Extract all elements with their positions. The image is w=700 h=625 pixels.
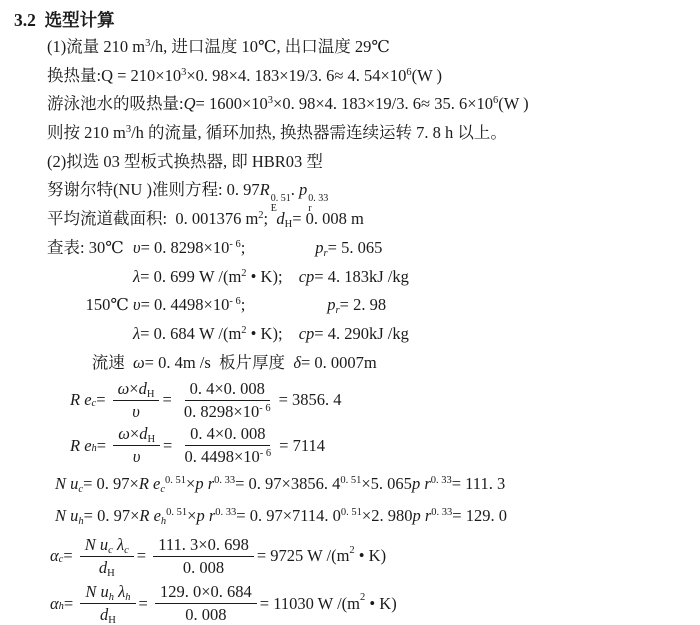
text-run: d xyxy=(276,209,284,228)
text-run: ; xyxy=(241,238,246,257)
text-run: /h, 进口温度 10℃, 出口温度 29℃ xyxy=(150,37,390,56)
line-pool-heat: 游泳池水的吸热量:Q= 1600×103×0. 98×4. 183×19/3. … xyxy=(47,90,700,119)
text-run: 0. 33 xyxy=(431,507,452,518)
line-table-30c: 查表: 30℃υ= 0. 8298×10- 6;pr= 5. 065 xyxy=(47,234,700,263)
text-run: h xyxy=(92,443,97,454)
text-run: δ xyxy=(293,353,301,372)
text-run: = xyxy=(162,390,175,410)
text-run: = 4. 290kJ /kg xyxy=(314,324,409,343)
text-run: = 2. 98 xyxy=(340,295,386,314)
text-run: ×0. 98×4. 183×19/3. 6≈ 35. 6×10 xyxy=(273,94,493,113)
text-run: N u xyxy=(55,506,78,525)
text-run: (W ) xyxy=(498,94,528,113)
text-run: = 4. 183kJ /kg xyxy=(314,267,409,286)
fraction-denominator: dH xyxy=(94,557,120,578)
text-run: p r xyxy=(412,474,431,493)
text-run: = 0. 8298×10 xyxy=(141,238,230,257)
text-run: 0. 33 xyxy=(215,507,236,518)
text-run: H xyxy=(285,219,293,230)
text-run: R xyxy=(260,180,270,199)
fraction: 0. 4×0. 0080. 4498×10- 6 xyxy=(179,424,276,467)
text-run: ω xyxy=(133,353,145,372)
text-run: λ xyxy=(113,535,124,554)
text-run: p xyxy=(315,238,323,257)
text-run: d xyxy=(139,379,147,398)
text-run: 0. 51 xyxy=(166,507,187,518)
fraction-numerator: ω×dH xyxy=(113,379,160,401)
section-heading: 3.2 选型计算 xyxy=(14,8,700,33)
text-run: p r xyxy=(412,506,431,525)
text-run: 0. 33 xyxy=(214,475,235,486)
text-run: H xyxy=(107,568,115,579)
text-run: h xyxy=(59,601,64,612)
text-run: N u xyxy=(85,535,108,554)
text-run: ; xyxy=(264,209,277,228)
row-label: 150℃ xyxy=(47,291,133,320)
text-run: = 0. 97×7114. 0 xyxy=(236,506,341,525)
fraction-numerator: 0. 4×0. 008 xyxy=(185,379,270,401)
text-run: = xyxy=(96,390,109,410)
text-run: /h 的流量, 循环加热, 换热器需连续运转 7. 8 h 以上。 xyxy=(131,123,507,142)
row-label: 流速 xyxy=(47,349,133,378)
text-run: 0. 33 xyxy=(431,475,452,486)
text-run: ×0. 98×4. 183×19/3. 6≈ 4. 54×10 xyxy=(186,66,406,85)
text-run: r xyxy=(336,305,340,316)
text-run: = 0. 4498×10 xyxy=(141,295,230,314)
text-run: = 11030 W /(m xyxy=(260,594,360,614)
text-run: . xyxy=(291,180,299,199)
text-run: = 7114 xyxy=(279,436,325,456)
text-run: 129. 0×0. 684 xyxy=(160,582,252,601)
fraction-numerator: N uc λc xyxy=(80,535,134,557)
text-run: H xyxy=(108,615,116,625)
text-run: H xyxy=(147,389,155,400)
text-run: R e xyxy=(70,390,92,410)
fraction-numerator: N uh λh xyxy=(80,582,135,604)
fraction-denominator: dH xyxy=(95,604,121,625)
row-label: 查表: 30℃ xyxy=(47,234,133,263)
line-lambda-150c: λ= 0. 684 W /(m2 • K); cp= 4. 290kJ /kg xyxy=(47,320,700,349)
text-run: 0. 4×0. 008 xyxy=(190,424,265,443)
text-run: 平均流道截面积: 0. 001376 m xyxy=(47,209,258,228)
text-run: 0. 008 xyxy=(185,605,226,624)
text-run: N u xyxy=(85,582,108,601)
text-run: r xyxy=(324,248,328,259)
fraction: ω×dHυ xyxy=(113,424,160,467)
text-run: × xyxy=(186,474,195,493)
text-run: 3 xyxy=(181,67,186,78)
fraction: ω×dHυ xyxy=(113,379,160,422)
fraction: N uc λcdH xyxy=(80,535,134,578)
text-run: 努谢尔特(NU )准则方程: 0. 97 xyxy=(47,180,260,199)
text-run: cp xyxy=(299,324,315,343)
text-run: 6 xyxy=(406,67,411,78)
text-run: 2 xyxy=(349,545,354,556)
text-run: α xyxy=(50,594,59,614)
text-run: 3 xyxy=(145,38,150,49)
fraction-denominator: 0. 008 xyxy=(178,557,229,578)
text-run: 0. 51 xyxy=(341,507,362,518)
line-channel-area: 平均流道截面积: 0. 001376 m2; dH= 0. 008 m xyxy=(47,205,700,234)
text-run: ×5. 065 xyxy=(361,474,412,493)
fraction: 111. 3×0. 6980. 008 xyxy=(153,535,254,578)
text-run: 2 xyxy=(360,592,365,603)
text-run: = 129. 0 xyxy=(452,506,507,525)
text-run: = 0. 97× xyxy=(83,474,139,493)
text-run: 111. 3×0. 698 xyxy=(158,535,249,554)
text-run: p xyxy=(327,295,335,314)
text-run: 0. 51 xyxy=(340,475,361,486)
text-run: υ xyxy=(133,238,141,257)
text-run: = 3856. 4 xyxy=(279,390,342,410)
text-run: ; xyxy=(241,295,246,314)
text-run: 2 xyxy=(241,325,246,336)
fraction-denominator: 0. 8298×10- 6 xyxy=(179,401,276,422)
text-run: R e xyxy=(70,436,92,456)
line-reynolds-h: R eh= ω×dHυ= 0. 4×0. 0080. 4498×10- 6= 7… xyxy=(70,423,700,468)
text-run: N u xyxy=(55,474,78,493)
fraction: 0. 4×0. 0080. 8298×10- 6 xyxy=(179,379,276,422)
text-run: = 0. 0007m xyxy=(301,353,377,372)
text-run: 2 xyxy=(258,210,263,221)
text-run: (W ) xyxy=(412,66,442,85)
text-run: c xyxy=(78,484,83,495)
text-run: = xyxy=(97,436,110,456)
text-run: • K); xyxy=(247,267,287,286)
fraction-denominator: υ xyxy=(127,401,145,422)
text-run: - 6 xyxy=(229,239,240,250)
line-lambda-30c: λ= 0. 699 W /(m2 • K); cp= 4. 183kJ /kg xyxy=(47,263,700,292)
text-run: = 0. 4m /s 板片厚度 xyxy=(145,353,294,372)
text-run: 0. 008 xyxy=(183,558,224,577)
text-run: = 111. 3 xyxy=(452,474,505,493)
text-run: = 0. 97× xyxy=(84,506,140,525)
fraction-numerator: 0. 4×0. 008 xyxy=(185,424,270,446)
text-run: p r xyxy=(195,474,214,493)
text-run: c xyxy=(124,545,129,556)
text-run: p r xyxy=(196,506,215,525)
text-run: = 0. 008 m xyxy=(292,209,364,228)
fraction-denominator: 0. 008 xyxy=(180,604,231,625)
text-run: 游泳池水的吸热量: xyxy=(47,94,184,113)
text-run: d xyxy=(99,558,107,577)
text-run: c xyxy=(59,554,64,565)
text-run: ω xyxy=(118,379,130,398)
text-run: - 6 xyxy=(259,403,270,414)
text-run: 换热量:Q = 210×10 xyxy=(47,66,181,85)
text-run: 3 xyxy=(126,124,131,135)
text-run: 则按 210 m xyxy=(47,123,126,142)
text-run: 6 xyxy=(493,95,498,106)
text-run: (2)拟选 03 型板式换热器, 即 HBR03 型 xyxy=(47,152,323,171)
text-run: × xyxy=(130,424,139,443)
text-run: = 1600×10 xyxy=(196,94,268,113)
text-run: = xyxy=(63,546,76,566)
text-run: = xyxy=(163,436,176,456)
line-alpha-h: αh= N uh λhdH= 129. 0×0. 6840. 008= 1103… xyxy=(50,580,700,625)
line-flow-temp: (1)流量 210 m3/h, 进口温度 10℃, 出口温度 29℃ xyxy=(47,33,700,62)
fraction-numerator: 111. 3×0. 698 xyxy=(153,535,254,557)
line-nusselt-equation: 努谢尔特(NU )准则方程: 0. 97R0. 51E. p0. 33r xyxy=(47,176,700,205)
text-run: = xyxy=(64,594,77,614)
line-runtime: 则按 210 m3/h 的流量, 循环加热, 换热器需连续运转 7. 8 h 以… xyxy=(47,119,700,148)
text-run: Q xyxy=(184,94,196,113)
document-body: (1)流量 210 m3/h, 进口温度 10℃, 出口温度 29℃换热量:Q … xyxy=(0,33,700,625)
fraction-denominator: υ xyxy=(128,446,146,467)
fraction-numerator: 129. 0×0. 684 xyxy=(155,582,257,604)
text-run: 3 xyxy=(268,95,273,106)
text-run: = 0. 699 W /(m xyxy=(140,267,241,286)
text-run: α xyxy=(50,546,59,566)
text-run: • K) xyxy=(355,546,386,566)
document-page: 3.2 选型计算 (1)流量 210 m3/h, 进口温度 10℃, 出口温度 … xyxy=(0,0,700,625)
text-run: = 0. 684 W /(m xyxy=(140,324,241,343)
text-run: 0. 4498×10 xyxy=(184,447,259,466)
text-run: 0. 8298×10 xyxy=(184,402,259,421)
text-run: H xyxy=(147,434,155,445)
line-nusselt-h: N uh= 0. 97×R eh0. 51×p r0. 33= 0. 97×71… xyxy=(55,500,700,532)
text-run: ×2. 980 xyxy=(362,506,413,525)
text-run: cp xyxy=(299,267,315,286)
text-run: h xyxy=(125,592,130,603)
fraction: 129. 0×0. 6840. 008 xyxy=(155,582,257,625)
text-run: × xyxy=(129,379,138,398)
text-run: = 5. 065 xyxy=(328,238,383,257)
text-run: p xyxy=(299,180,307,199)
text-run: ω xyxy=(118,424,130,443)
text-run: (1)流量 210 m xyxy=(47,37,145,56)
text-run: • K) xyxy=(365,594,396,614)
text-run: 0. 4×0. 008 xyxy=(190,379,265,398)
line-heat-transfer: 换热量:Q = 210×103×0. 98×4. 183×19/3. 6≈ 4.… xyxy=(47,62,700,91)
text-run: 0. 51 xyxy=(165,475,186,486)
text-run: = 0. 97×3856. 4 xyxy=(235,474,340,493)
fraction-numerator: ω×dH xyxy=(113,424,160,446)
line-nusselt-c: N uc= 0. 97×R ec0. 51×p r0. 33= 0. 97×38… xyxy=(55,468,700,500)
text-run: υ xyxy=(133,295,141,314)
text-run: = 9725 W /(m xyxy=(257,546,350,566)
text-run: • K); xyxy=(247,324,287,343)
text-run: R e xyxy=(139,474,161,493)
line-reynolds-c: R ec= ω×dHυ= 0. 4×0. 0080. 8298×10- 6= 3… xyxy=(70,377,700,423)
line-alpha-c: αc= N uc λcdH= 111. 3×0. 6980. 008= 9725… xyxy=(50,532,700,580)
fraction-denominator: 0. 4498×10- 6 xyxy=(179,446,276,467)
text-run: = xyxy=(137,546,150,566)
line-150c: 150℃ υ= 0. 4498×10- 6;pr= 2. 98 xyxy=(47,291,700,320)
text-run: 2 xyxy=(241,268,246,279)
text-run: h xyxy=(109,592,114,603)
text-run: = xyxy=(139,594,152,614)
line-model-selection: (2)拟选 03 型板式换热器, 即 HBR03 型 xyxy=(47,148,700,177)
text-run: h xyxy=(78,516,83,527)
text-run: R e xyxy=(139,506,161,525)
text-run: υ xyxy=(132,402,140,421)
text-run: - 6 xyxy=(229,296,240,307)
text-run: c xyxy=(108,545,113,556)
line-velocity: 流速 ω= 0. 4m /s 板片厚度 δ= 0. 0007m xyxy=(47,349,700,378)
text-run: c xyxy=(92,398,97,409)
text-run: λ xyxy=(114,582,125,601)
fraction: N uh λhdH xyxy=(80,582,135,625)
text-run: υ xyxy=(133,447,141,466)
text-run: - 6 xyxy=(260,448,271,459)
